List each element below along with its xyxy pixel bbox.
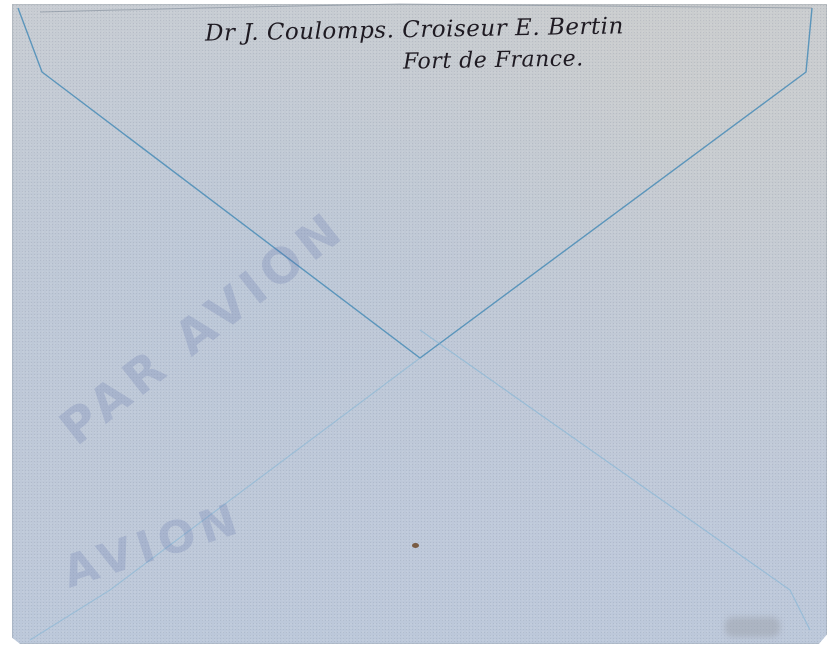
sender-location-handwriting: Fort de France.	[403, 46, 584, 74]
ink-spot	[412, 543, 419, 548]
smudge-mark	[725, 617, 780, 637]
envelope-flap-seams	[0, 0, 837, 650]
